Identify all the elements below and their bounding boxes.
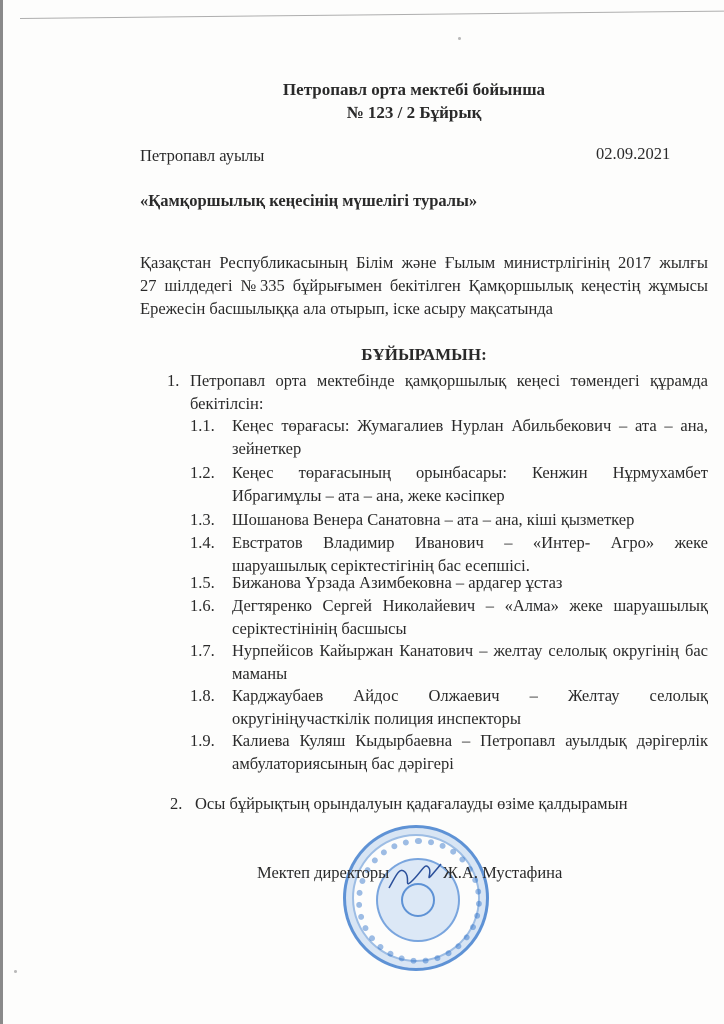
subitem-number: 1.2.	[190, 461, 215, 484]
subitem-number: 1.5.	[190, 571, 215, 594]
subitem-1-5: 1.5. Бижанова Үрзада Азимбековна – ардаг…	[190, 571, 708, 594]
order-item-2: 2. Осы бұйрықтың орындалуын қадағалауды …	[170, 792, 711, 815]
scan-artifact-line	[20, 11, 724, 19]
subitem-text: Карджаубаев Айдос Олжаевич – Желтау село…	[232, 684, 708, 730]
document-title-line2: № 123 / 2 Бұйрық	[0, 102, 724, 124]
preamble-line: 27 шілдедегі №335 бұйрығымен бекітілген …	[140, 274, 708, 297]
subitem-1-7: 1.7. Нурпейісов Кайыржан Канатович – жел…	[190, 639, 708, 685]
subitem-1-3: 1.3. Шошанова Венера Санатовна – ата – а…	[190, 508, 708, 531]
subitem-number: 1.9.	[190, 729, 215, 752]
subitem-number: 1.7.	[190, 639, 215, 662]
item-text: Петропавл орта мектебінде қамқоршылық ке…	[190, 369, 708, 415]
subitem-1-8: 1.8. Карджаубаев Айдос Олжаевич – Желтау…	[190, 684, 708, 730]
subitem-number: 1.3.	[190, 508, 215, 531]
scan-speck	[458, 37, 461, 40]
preamble-line: Қазақстан Республикасының Білім және Ғыл…	[140, 251, 708, 274]
item-number: 2.	[170, 792, 182, 815]
subitem-text: Дегтяренко Сергей Николайевич – «Алма» ж…	[232, 594, 708, 640]
subitem-number: 1.6.	[190, 594, 215, 617]
place-name: Петропавл ауылы	[140, 145, 264, 167]
order-item-1: 1. Петропавл орта мектебінде қамқоршылық…	[167, 369, 708, 415]
subitem-number: 1.8.	[190, 684, 215, 707]
item-text: Осы бұйрықтың орындалуын қадағалауды өзі…	[195, 792, 711, 815]
subitem-1-6: 1.6. Дегтяренко Сергей Николайевич – «Ал…	[190, 594, 708, 640]
subitem-1-2: 1.2. Кеңес төрағасының орынбасары: Кенжи…	[190, 461, 708, 507]
scan-edge	[0, 0, 3, 1024]
signatory-title: Мектеп директоры	[257, 862, 389, 884]
subitem-text: Калиева Куляш Кыдырбаевна – Петропавл ау…	[232, 729, 708, 775]
preamble-line: Ережесін басшылыққа ала отырып, іске асы…	[140, 297, 708, 320]
order-heading: БҰЙЫРАМЫН:	[140, 344, 708, 366]
handwritten-signature	[385, 858, 445, 894]
subitem-text: Нурпейісов Кайыржан Канатович – желтау с…	[232, 639, 708, 685]
subitem-number: 1.4.	[190, 531, 215, 554]
subitem-text: Бижанова Үрзада Азимбековна – ардагер ұс…	[232, 571, 708, 594]
document-date: 02.09.2021	[596, 143, 670, 165]
subitem-text: Кеңес төрағасының орынбасары: Кенжин Нұр…	[232, 461, 708, 507]
subitem-number: 1.1.	[190, 414, 215, 437]
signatory-name: Ж.А. Мустафина	[443, 862, 562, 884]
document-subject: «Қамқоршылық кеңесінің мүшелігі туралы»	[140, 190, 477, 212]
official-stamp	[343, 825, 489, 971]
document-title-line1: Петропавл орта мектебі бойынша	[0, 79, 724, 101]
preamble: Қазақстан Республикасының Білім және Ғыл…	[140, 251, 708, 320]
subitem-text: Кеңес төрағасы: Жумагалиев Нурлан Абильб…	[232, 414, 708, 460]
subitem-text: Шошанова Венера Санатовна – ата – ана, к…	[232, 508, 708, 531]
subitem-1-1: 1.1. Кеңес төрағасы: Жумагалиев Нурлан А…	[190, 414, 708, 460]
scan-speck	[14, 970, 17, 973]
subitem-1-9: 1.9. Калиева Куляш Кыдырбаевна – Петропа…	[190, 729, 708, 775]
item-number: 1.	[167, 369, 179, 392]
